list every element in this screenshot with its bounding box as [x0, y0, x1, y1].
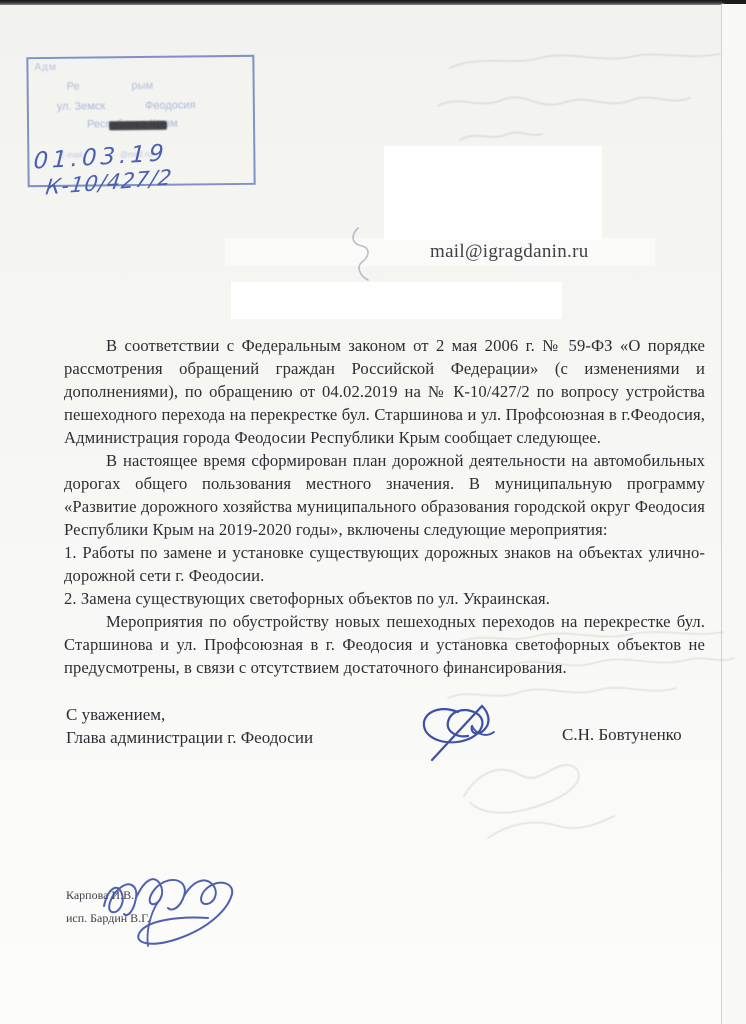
redaction-box-recipient [384, 146, 602, 240]
pencil-note-top-right [420, 40, 740, 160]
registration-stamp: Адм Ре рым ул. Земск Феодосия Республика… [26, 55, 255, 187]
signature-executor [88, 858, 258, 953]
stamp-handwritten-registration: 01.03.19 К-10/427/2 [33, 143, 274, 196]
paragraph-list-item: 1. Работы по замене и установке существу… [64, 541, 705, 587]
stamp-text-line: Адм [34, 62, 57, 73]
scanned-letter-page: Адм Ре рым ул. Земск Феодосия Республика… [0, 0, 746, 1024]
stamp-text-line: ул. Земск Феодосия [57, 99, 196, 112]
redaction-box-address [231, 282, 562, 319]
recipient-email: mail@igragdanin.ru [430, 241, 589, 263]
closing-salutation: С уважением, [66, 705, 165, 725]
paragraph: В соответствии с Федеральным законом от … [64, 334, 705, 449]
stamp-text-line: Ре рым [67, 80, 154, 93]
pencil-note-below-signature [448, 752, 708, 857]
paragraph: В настоящее время сформирован план дорож… [64, 449, 705, 541]
pen-mark-near-email [346, 222, 390, 286]
ink-smudge [109, 121, 167, 131]
paragraph-list-item: 2. Замена существующих светофорных объек… [64, 587, 705, 610]
signer-position: Глава администрации г. Феодосии [66, 728, 313, 748]
signer-name: С.Н. Бовтуненко [562, 725, 682, 745]
scan-top-edge [0, 0, 746, 5]
